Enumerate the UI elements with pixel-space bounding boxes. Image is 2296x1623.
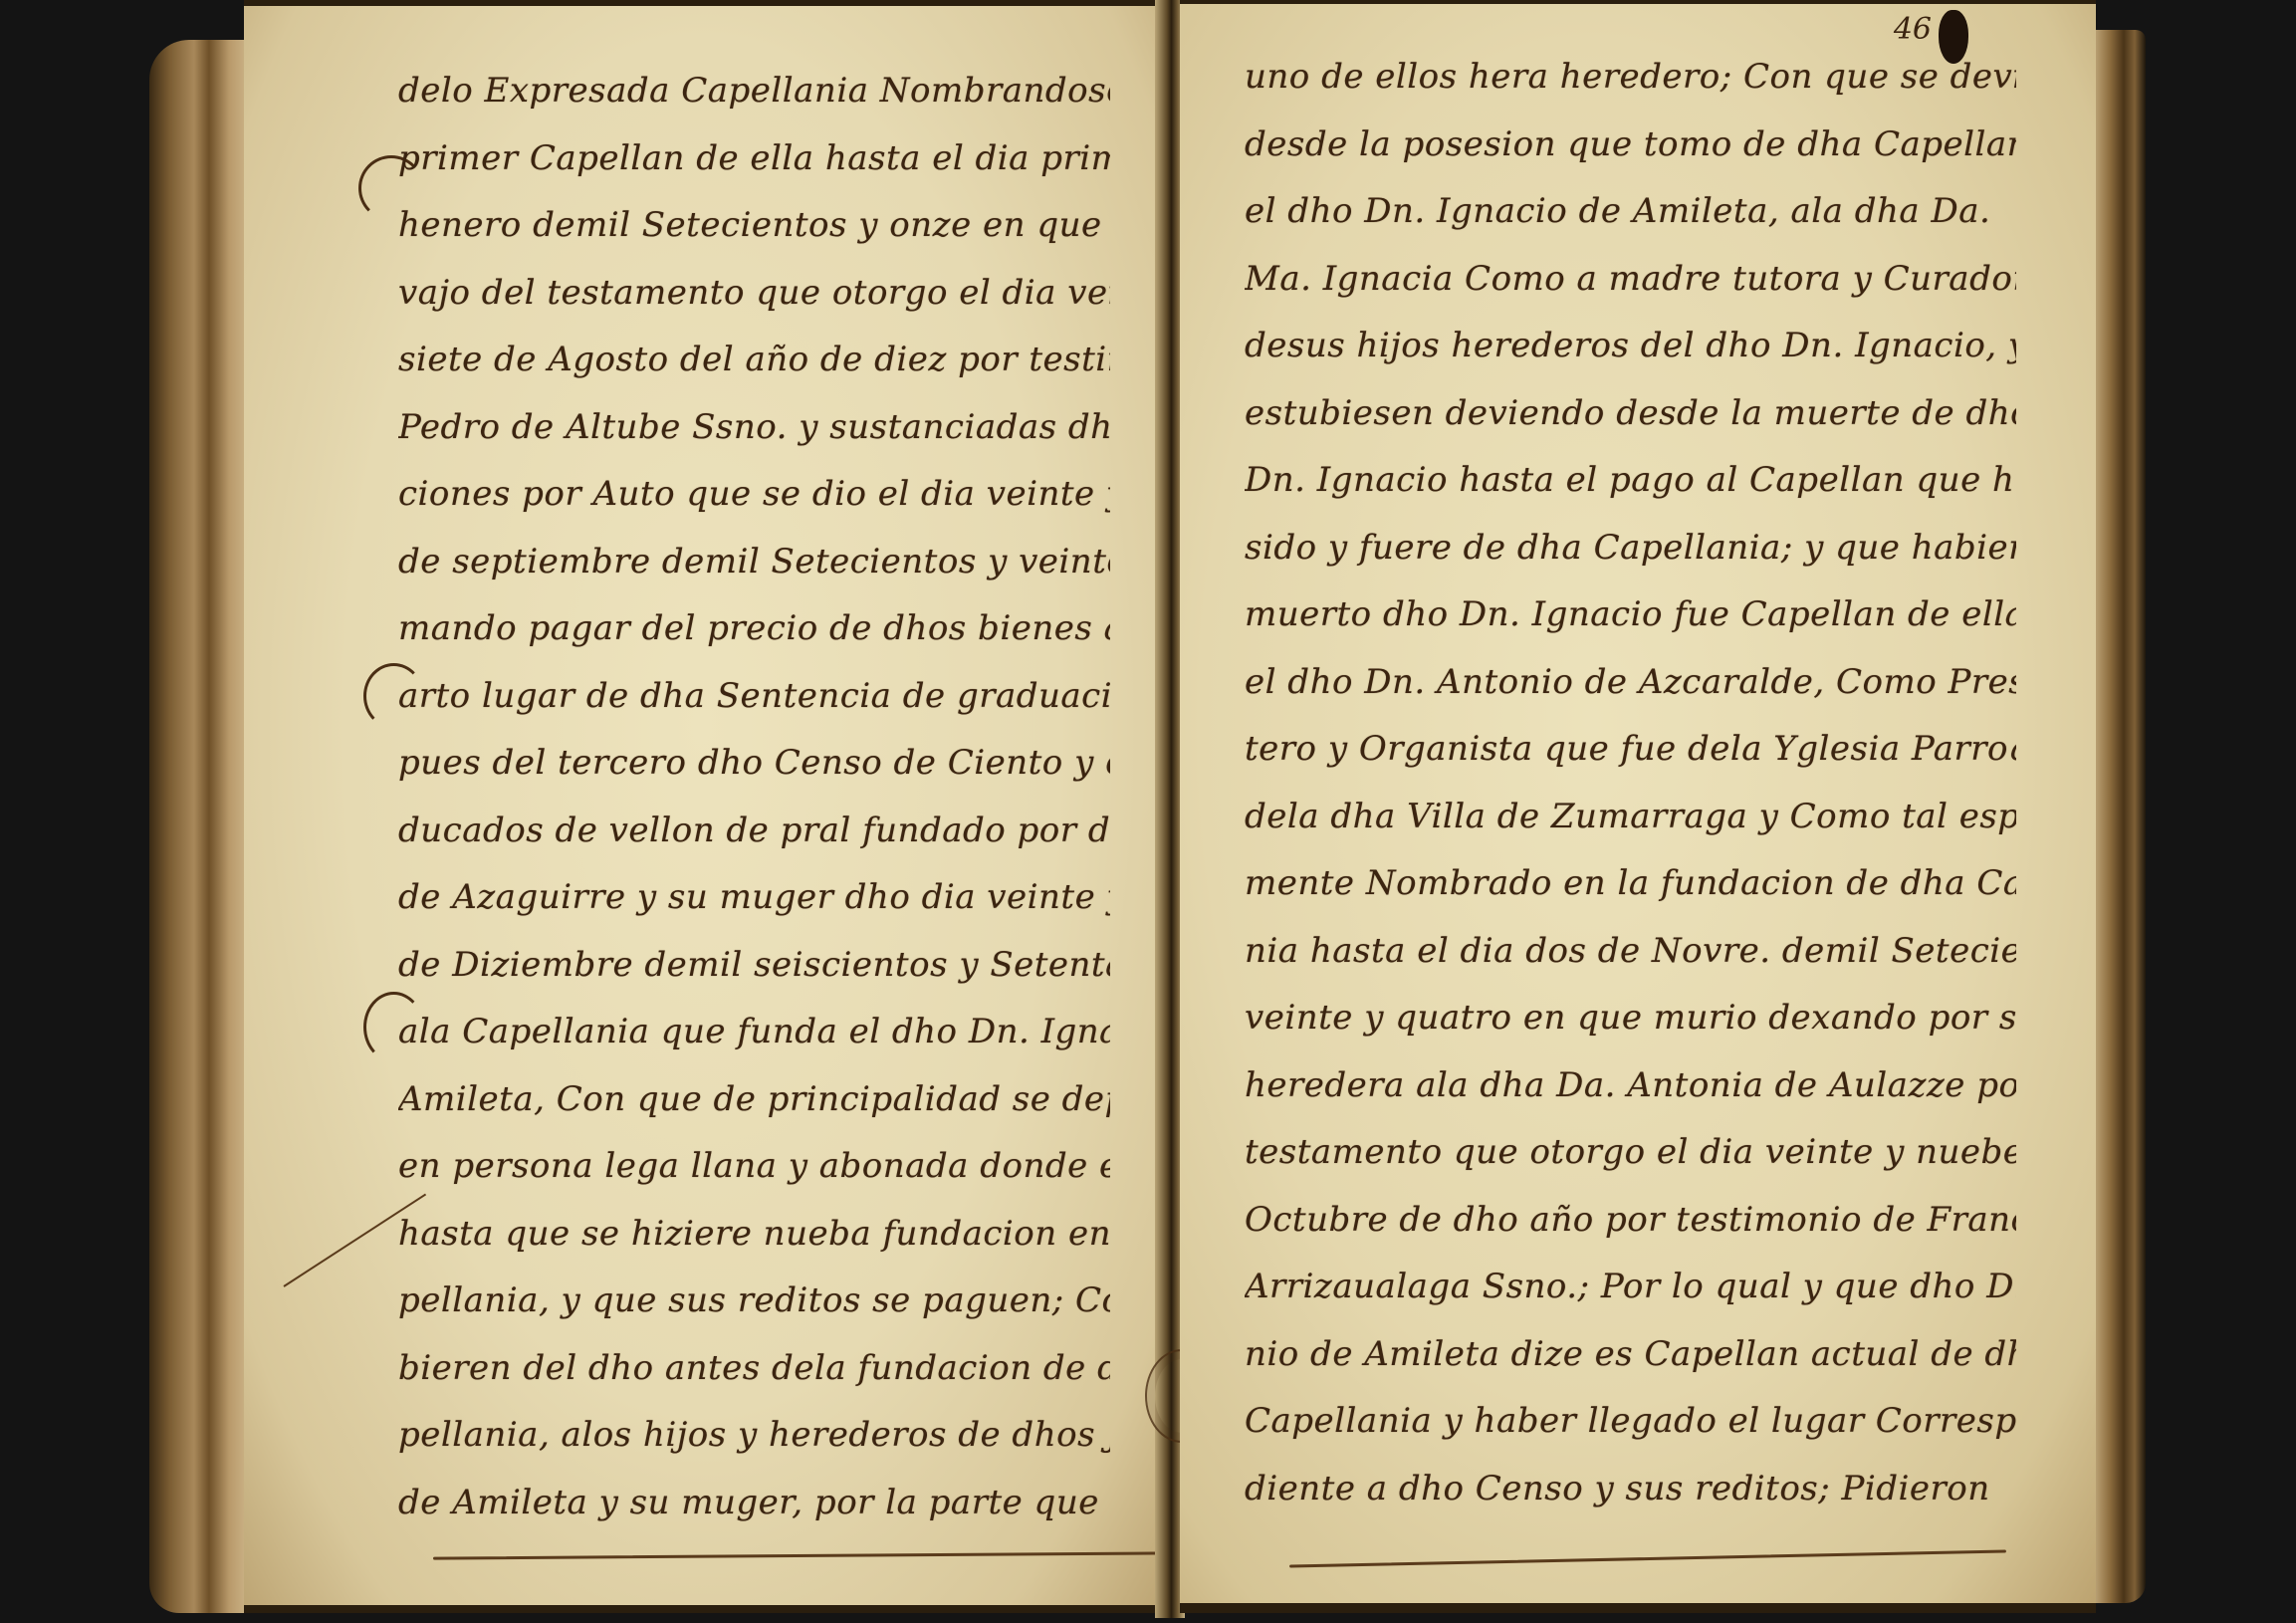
manuscript-line: heredera ala dha Da. Antonia de Aulazze … [1245, 1052, 2016, 1120]
manuscript-line: pues del tercero dho Censo de Ciento y o… [398, 730, 1110, 798]
manuscript-line: mente Nombrado en la fundacion de dha Ca… [1245, 850, 2016, 918]
manuscript-line: arto lugar de dha Sentencia de graduacio… [398, 663, 1110, 731]
manuscript-line: de Amileta y su muger, por la parte que … [398, 1470, 1110, 1537]
manuscript-line: Dn. Ignacio hasta el pago al Capellan qu… [1245, 447, 2016, 515]
manuscript-line: vajo del testamento que otorgo el dia ve… [398, 260, 1110, 328]
manuscript-line: primer Capellan de ella hasta el dia pri… [398, 125, 1110, 193]
manuscript-line: en persona lega llana y abonada donde es… [398, 1133, 1110, 1201]
manuscript-line: de Diziembre demil seiscientos y Setenta… [398, 932, 1110, 1000]
manuscript-line: tero y Organista que fue dela Yglesia Pa… [1245, 716, 2016, 784]
manuscript-line: bieren del dho antes dela fundacion de d… [398, 1335, 1110, 1403]
manuscript-line: estubiesen deviendo desde la muerte de d… [1245, 380, 2016, 448]
manuscript-line: ala Capellania que funda el dho Dn. Igna… [398, 999, 1110, 1066]
manuscript-line: de Azaguirre y su muger dho dia veinte y… [398, 864, 1110, 932]
manuscript-line: Octubre de dho año por testimonio de Fra… [1245, 1187, 2016, 1255]
manuscript-line: pellania, alos hijos y herederos de dhos… [398, 1402, 1110, 1470]
manuscript-line: nia hasta el dia dos de Novre. demil Set… [1245, 918, 2016, 986]
manuscript-line: veinte y quatro en que murio dexando por… [1245, 985, 2016, 1052]
right-page-edges [2091, 30, 2146, 1603]
left-page: delo Expresada Capellania Nombrandose po… [244, 0, 1160, 1613]
manuscript-line: uno de ellos hera heredero; Con que se d… [1245, 44, 2016, 112]
folio-number: 46 [1894, 12, 1932, 47]
manuscript-line: Pedro de Altube Ssno. y sustanciadas dha… [398, 394, 1110, 462]
closing-rule [1289, 1549, 2006, 1567]
manuscript-line: diente a dho Censo y sus reditos; Pidier… [1245, 1456, 2016, 1523]
manuscript-line: henero demil Setecientos y onze en que m… [398, 192, 1110, 260]
right-page: 46 uno de ellos hera heredero; Con que s… [1180, 0, 2096, 1613]
closing-rule [433, 1551, 1170, 1559]
manuscript-line: mando pagar del precio de dhos bienes an… [398, 595, 1110, 663]
manuscript-line: sido y fuere de dha Capellania; y que ha… [1245, 515, 2016, 582]
manuscript-line: el dho Dn. Ignacio de Amileta, ala dha D… [1245, 178, 2016, 246]
manuscript-line: desus hijos herederos del dho Dn. Ignaci… [1245, 313, 2016, 380]
manuscript-line: siete de Agosto del año de diez por test… [398, 327, 1110, 394]
manuscript-line: nio de Amileta dize es Capellan actual d… [1245, 1321, 2016, 1389]
manuscript-line: pellania, y que sus reditos se paguen; C… [398, 1268, 1110, 1335]
left-page-text: delo Expresada Capellania Nombrandose po… [398, 58, 1110, 1536]
manuscript-line: Ma. Ignacia Como a madre tutora y Curado… [1245, 246, 2016, 314]
manuscript-line: testamento que otorgo el dia veinte y nu… [1245, 1119, 2016, 1187]
manuscript-line: ciones por Auto que se dio el dia veinte… [398, 461, 1110, 529]
right-page-text: uno de ellos hera heredero; Con que se d… [1245, 44, 2016, 1522]
manuscript-line: muerto dho Dn. Ignacio fue Capellan de e… [1245, 581, 2016, 649]
manuscript-line: de septiembre demil Setecientos y veinte… [398, 529, 1110, 596]
left-page-edges [149, 40, 249, 1613]
manuscript-line: dela dha Villa de Zumarraga y Como tal e… [1245, 784, 2016, 851]
manuscript-line: ducados de vellon de pral fundado por dh… [398, 798, 1110, 865]
manuscript-line: delo Expresada Capellania Nombrandose po… [398, 58, 1110, 125]
manuscript-line: el dho Dn. Antonio de Azcaralde, Como Pr… [1245, 649, 2016, 717]
manuscript-book: delo Expresada Capellania Nombrandose po… [149, 0, 2146, 1618]
manuscript-line: Amileta, Con que de principalidad se dep… [398, 1066, 1110, 1134]
manuscript-line: Arrizaualaga Ssno.; Por lo qual y que dh… [1245, 1254, 2016, 1321]
manuscript-line: Capellania y haber llegado el lugar Corr… [1245, 1388, 2016, 1456]
manuscript-line: hasta que se hiziere nueba fundacion en … [398, 1201, 1110, 1269]
manuscript-line: desde la posesion que tomo de dha Capell… [1245, 112, 2016, 179]
